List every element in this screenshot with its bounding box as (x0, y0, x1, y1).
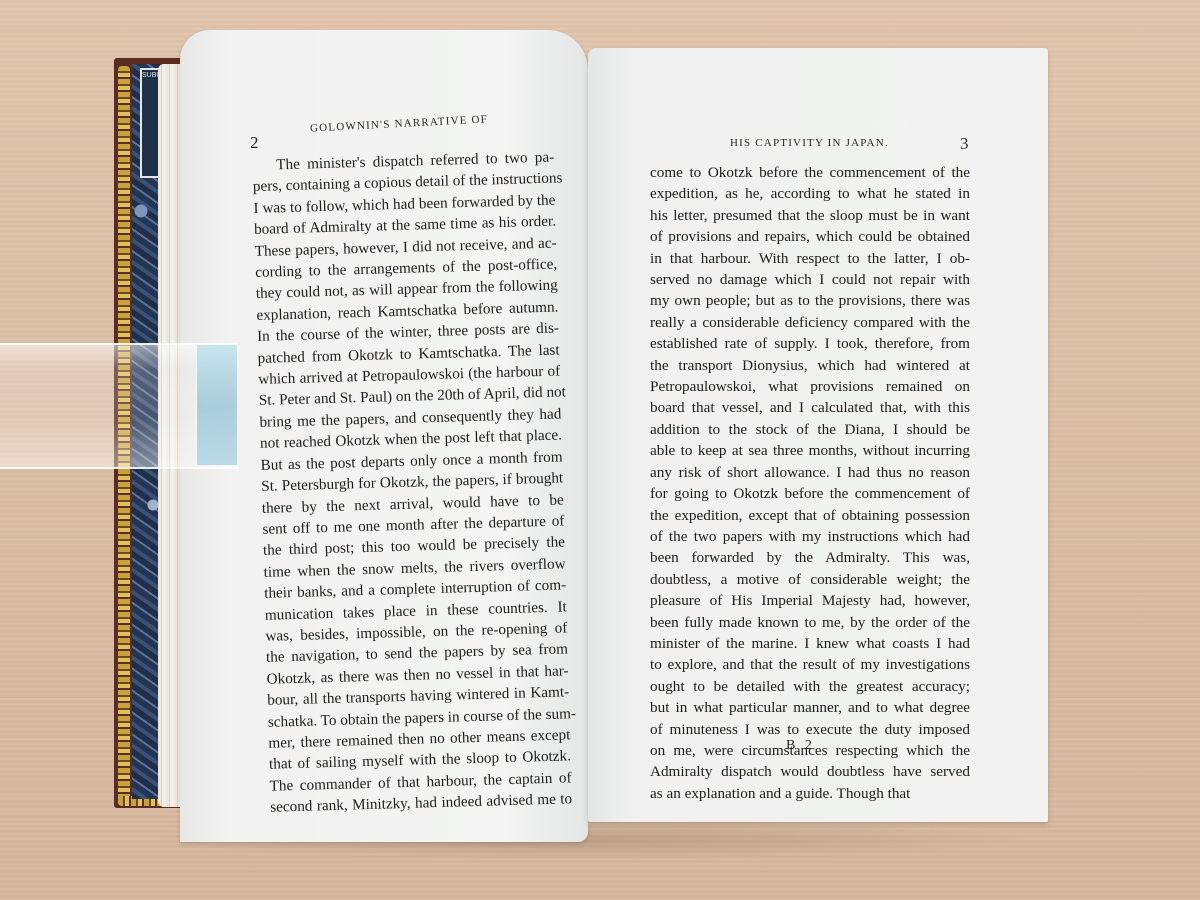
text-line: pleasure of His Imperial Majesty had, ho… (650, 590, 970, 611)
text-line: minister of the marine. I knew what coas… (650, 633, 970, 654)
text-line: but in what particular manner, and to wh… (650, 697, 970, 718)
text-line: board that vessel, and I calculated that… (650, 397, 970, 418)
text-line: established rate of supply. I took, ther… (650, 333, 970, 354)
text-line: the transport Dionysius, which had winte… (650, 355, 970, 376)
text-line: ought to be detailed with the greatest a… (650, 676, 970, 697)
text-line: his letter, presumed that the sloop must… (650, 205, 970, 226)
text-line: as an explanation and a guide. Though th… (650, 783, 970, 804)
text-line: the expedition, except that of obtaining… (650, 505, 970, 526)
text-line: in that harbour. With respect to the lat… (650, 248, 970, 269)
text-line: able to keep at sea three months, withou… (650, 440, 970, 461)
text-line: any risk of short allowance. I had thus … (650, 462, 970, 483)
text-line: for going to Okotzk before the commencem… (650, 483, 970, 504)
right-page-number: 3 (960, 134, 969, 154)
text-line: my own people; but as to the provisions,… (650, 290, 970, 311)
right-running-head: HIS CAPTIVITY IN JAPAN. (730, 137, 889, 149)
text-line: really a considerable deficiency compare… (650, 312, 970, 333)
text-line: of the two papers with my instructions w… (650, 526, 970, 547)
acrylic-bar-end (196, 345, 237, 465)
left-page-text: The minister's dispatch referred to two … (252, 147, 572, 819)
left-page-number: 2 (250, 133, 259, 153)
signature-mark: B 2 (786, 738, 815, 754)
text-line: been fully made known to me, by the orde… (650, 612, 970, 633)
text-line: to explore, and that the result of my in… (650, 654, 970, 675)
text-line: Petropaulowskoi, what provisions remaine… (650, 376, 970, 397)
text-line: of minuteness I was to execute the duty … (650, 719, 970, 740)
text-line: expedition, as he, according to what he … (650, 183, 970, 204)
text-line: addition to the stock of the Diana, I sh… (650, 419, 970, 440)
text-line: Admiralty dispatch would doubtless have … (650, 761, 970, 782)
right-page-text: come to Okotzk before the commencement o… (650, 162, 970, 804)
text-line: been forwarded by the Admiralty. This wa… (650, 547, 970, 568)
text-line: come to Okotzk before the commencement o… (650, 162, 970, 183)
text-line: served no damage which I could not repai… (650, 269, 970, 290)
text-line: doubtless, a motive of considerable weig… (650, 569, 970, 590)
text-line: of provisions and repairs, which could b… (650, 226, 970, 247)
